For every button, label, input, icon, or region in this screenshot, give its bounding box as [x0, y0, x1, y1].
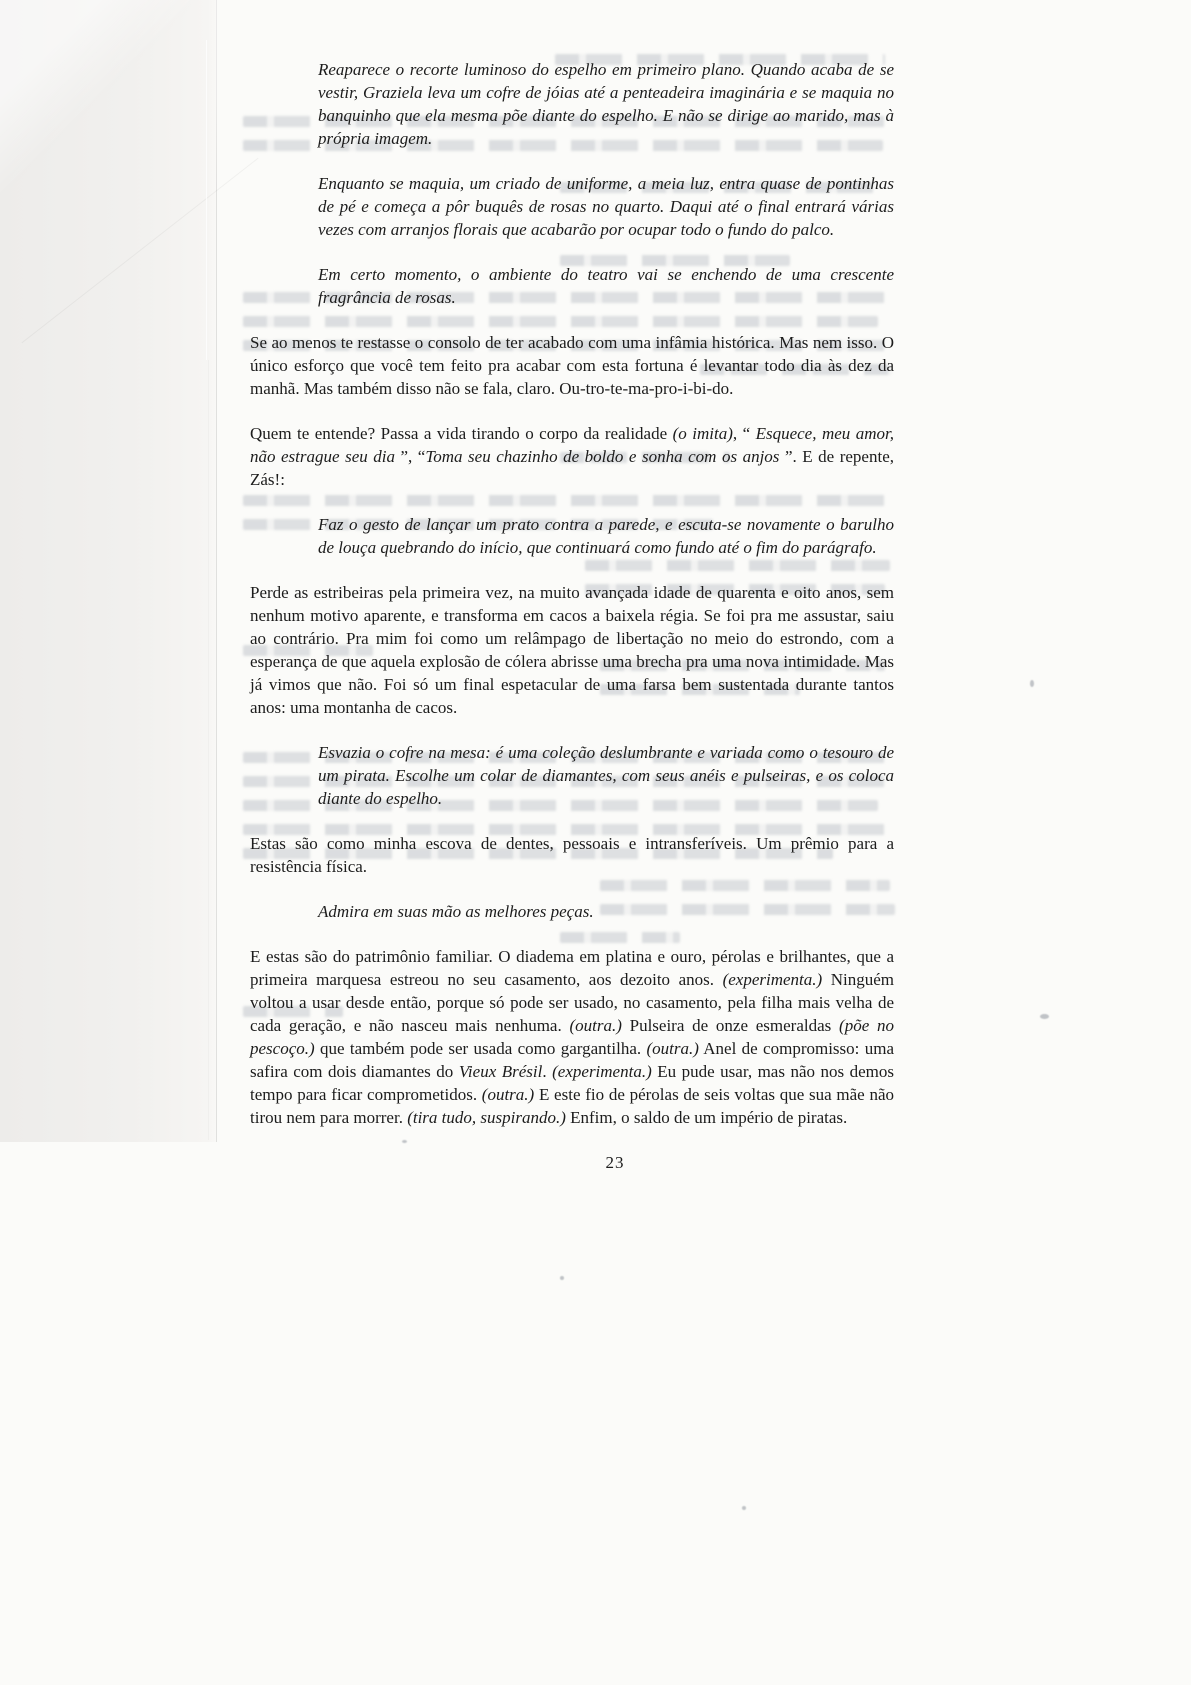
stage-direction: Enquanto se maquia, um criado de uniform… — [318, 172, 894, 241]
text-segment: Estas são como minha escova de dentes, p… — [250, 834, 894, 876]
scan-speck — [1030, 680, 1034, 687]
italic-segment: Admira em suas mão as melhores peças. — [318, 902, 594, 921]
text-segment: Perde as estribeiras pela primeira vez, … — [250, 583, 894, 717]
italic-segment: (outra.) — [569, 1016, 621, 1035]
italic-segment: Reaparece o recorte luminoso do espelho … — [318, 60, 894, 148]
dialogue-paragraph: Quem te entende? Passa a vida tirando o … — [250, 422, 894, 491]
scan-speck — [1040, 1014, 1049, 1019]
italic-segment: (outra.) — [646, 1039, 698, 1058]
scanned-page: Reaparece o recorte luminoso do espelho … — [0, 0, 1191, 1685]
scan-left-margin-shadow — [0, 0, 217, 1142]
italic-segment: (tira tudo, suspirando.) — [407, 1108, 566, 1127]
italic-segment: (o imita) — [673, 424, 733, 443]
italic-segment: Enquanto se maquia, um criado de uniform… — [318, 174, 894, 239]
text-segment: Enfim, o saldo de um império de piratas. — [566, 1108, 847, 1127]
scan-speck — [742, 1506, 746, 1510]
italic-segment: Faz o gesto de lançar um prato contra a … — [318, 515, 894, 557]
text-segment: Quem te entende? Passa a vida tirando o … — [250, 424, 673, 443]
crease-line — [206, 40, 207, 360]
text-segment: Se ao menos te restasse o consolo de ter… — [250, 333, 894, 398]
paragraphs-container: Reaparece o recorte luminoso do espelho … — [250, 58, 894, 1129]
stage-direction: Reaparece o recorte luminoso do espelho … — [318, 58, 894, 150]
crease-line — [208, 360, 209, 1140]
italic-segment: Esvazia o cofre na mesa: é uma coleção d… — [318, 743, 894, 808]
scan-speck — [560, 1276, 564, 1280]
italic-segment: Toma seu chazinho de boldo e sonha com o… — [425, 447, 779, 466]
text-segment: , “ — [733, 424, 756, 443]
italic-segment: (experimenta.) — [723, 970, 823, 989]
page-text-block: Reaparece o recorte luminoso do espelho … — [250, 58, 894, 1174]
stage-direction: Esvazia o cofre na mesa: é uma coleção d… — [318, 741, 894, 810]
stage-direction: Em certo momento, o ambiente do teatro v… — [318, 263, 894, 309]
dialogue-paragraph: Se ao menos te restasse o consolo de ter… — [250, 331, 894, 400]
dialogue-paragraph: E estas são do patrimônio familiar. O di… — [250, 945, 894, 1129]
dialogue-paragraph: Perde as estribeiras pela primeira vez, … — [250, 581, 894, 719]
italic-segment: (outra.) — [482, 1085, 534, 1104]
text-segment: Pulseira de onze esmeraldas — [622, 1016, 839, 1035]
text-segment: ”, “ — [395, 447, 425, 466]
stage-direction: Faz o gesto de lançar um prato contra a … — [318, 513, 894, 559]
text-segment: . — [542, 1062, 552, 1081]
page-number: 23 — [293, 1151, 937, 1174]
text-segment: que também pode ser usada como gargantil… — [315, 1039, 647, 1058]
italic-segment: Em certo momento, o ambiente do teatro v… — [318, 265, 894, 307]
italic-segment: Vieux Brésil — [459, 1062, 543, 1081]
italic-segment: (experimenta.) — [552, 1062, 652, 1081]
dialogue-paragraph: Estas são como minha escova de dentes, p… — [250, 832, 894, 878]
stage-direction: Admira em suas mão as melhores peças. — [318, 900, 894, 923]
